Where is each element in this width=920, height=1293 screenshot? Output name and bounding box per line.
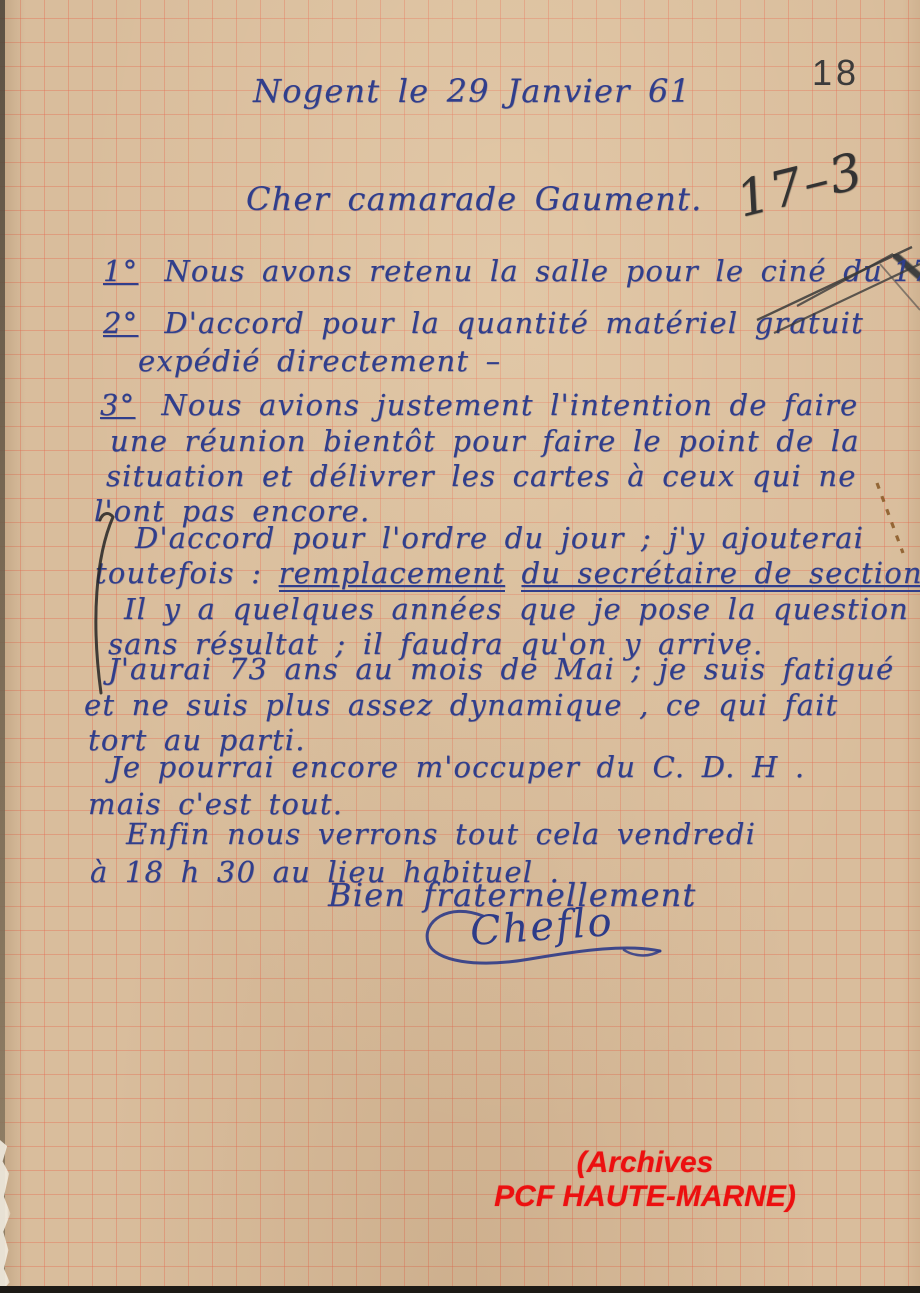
item-1-number: 1° xyxy=(103,254,138,288)
page-number: 18 xyxy=(812,52,860,94)
signature: Cheflo xyxy=(408,896,678,996)
item-2-number: 2° xyxy=(103,306,138,340)
archive-stamp-line-1: (Archives xyxy=(460,1146,830,1180)
item-2-line-1: 2°D'accord pour la quantité matériel gra… xyxy=(103,306,864,340)
fatigue-line-2: et ne suis plus assez dynamique , ce qui… xyxy=(84,688,838,722)
rendezvous-line-1: Enfin nous verrons tout cela vendredi xyxy=(126,817,756,851)
item-1-text: Nous avons retenu la salle pour le ciné … xyxy=(164,254,882,288)
cdh-line-1: Je pourrai encore m'occuper du C. D. H . xyxy=(110,750,805,784)
item-3-text-1: Nous avions justement l'intention de fai… xyxy=(161,388,858,422)
ordre-underlined-1: remplacement xyxy=(279,556,505,592)
item-1-line: 1°Nous avons retenu la salle pour le cin… xyxy=(103,254,920,288)
pencil-annotation: 17–3 xyxy=(731,141,870,228)
page-bottom-edge xyxy=(0,1286,920,1293)
page-left-edge xyxy=(0,0,5,1293)
date-line: Nogent le 29 Janvier 61 xyxy=(253,72,691,110)
scanned-letter-page: 18 Nogent le 29 Janvier 61 Cher camarade… xyxy=(0,0,920,1293)
ordre-line-3: Il y a quelques années que je pose la qu… xyxy=(124,592,909,626)
item-3-number: 3° xyxy=(100,388,135,422)
salutation: Cher camarade Gaument. xyxy=(246,180,702,218)
archive-stamp: (Archives PCF HAUTE-MARNE) xyxy=(460,1146,830,1214)
stain-mark xyxy=(877,483,903,553)
item-3-line-2: une réunion bientôt pour faire le point … xyxy=(110,424,860,458)
item-2-text-1: D'accord pour la quantité matériel gratu… xyxy=(164,306,864,340)
item-2-line-2: expédié directement – xyxy=(138,344,501,378)
ordre-line-2: toutefois : remplacement du secrétaire d… xyxy=(95,556,920,590)
fatigue-line-1: J'aurai 73 ans au mois de Mai ; je suis … xyxy=(108,652,894,686)
ordre-line-1: D'accord pour l'ordre du jour ; j'y ajou… xyxy=(135,521,864,555)
cdh-line-2: mais c'est tout. xyxy=(88,787,343,821)
item-3-line-3: situation et délivrer les cartes à ceux … xyxy=(106,459,857,493)
torn-edge xyxy=(0,1140,13,1293)
ordre-line-2-prefix: toutefois : xyxy=(95,556,279,590)
item-3-line-1: 3°Nous avions justement l'intention de f… xyxy=(100,388,858,422)
ordre-underlined-2: du secrétaire de section. xyxy=(521,556,920,592)
archive-stamp-line-2: PCF HAUTE-MARNE) xyxy=(460,1180,830,1214)
item-1-struck-date: 17 xyxy=(893,254,920,288)
signature-name: Cheflo xyxy=(469,899,616,955)
